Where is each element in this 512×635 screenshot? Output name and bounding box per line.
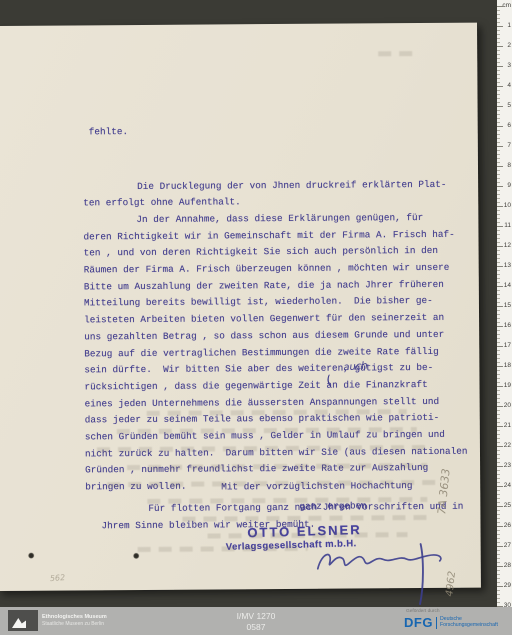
ruler-number: 2 [507,42,511,49]
ruler-number: 10 [504,202,511,209]
letter-opening-fragment: fehlte. [83,122,472,141]
ruler-number: 25 [504,502,511,509]
scale-ruler: cm12345678910111213141516171819202122232… [497,0,512,607]
ruler-number: 5 [507,102,511,109]
punch-hole [28,552,35,559]
typed-line: uns gezahlten Betrag , so dass schon aus… [84,327,473,346]
ruler-number: 12 [504,242,511,249]
ruler-number: 17 [504,342,511,349]
ruler-number: 26 [504,522,511,529]
ruler-number: 9 [507,182,511,189]
ruler-number: 28 [504,562,511,569]
handwritten-signature [312,528,453,609]
ruler-number: 11 [504,222,511,229]
ruler-number: 14 [504,282,511,289]
ruler-number: 3 [507,62,511,69]
dfg-logo: DFG [404,615,433,630]
ruler-unit-label: cm [502,2,511,9]
paragraph: Jn der Annahme, dass diese Erklärungen g… [83,210,474,497]
ruler-number: 4 [507,82,511,89]
ruler-number: 22 [504,442,511,449]
dfg-full-name: Deutsche Forschungsgemeinschaft [440,617,498,629]
paragraph: Die Drucklegung der von Jhnen druckreif … [83,176,472,212]
ruler-number: 13 [504,262,511,269]
ruler-number: 24 [504,482,511,489]
ruler-number: 27 [504,542,511,549]
ruler-number: 8 [507,162,511,169]
ruler-number: 16 [504,322,511,329]
ruler-number: 18 [504,362,511,369]
typed-line: Die Drucklegung der von Jhnen druckreif … [83,176,472,195]
ruler-number: 20 [504,402,511,409]
ruler-number: 23 [504,462,511,469]
archive-footer-bar: Ethnologisches Museum Staatliche Museen … [0,607,512,635]
ruler-number: 21 [504,422,511,429]
ruler-number: 15 [504,302,511,309]
ruler-number: 6 [507,122,511,129]
ruler-number: 19 [504,382,511,389]
ruler-number: 7 [507,142,511,149]
ruler-number: 29 [504,582,511,589]
scanned-letter-view: fehlte. Die Drucklegung der von Jhnen dr… [0,0,512,635]
letter-page: fehlte. Die Drucklegung der von Jhnen dr… [0,23,481,591]
dfg-divider [436,617,437,629]
funding-note: Gefördert durch [406,609,508,614]
ink-bleed [378,51,420,56]
pencil-note-small: 562 [50,573,66,583]
dfg-logo-block: Gefördert durch DFG Deutsche Forschungsg… [404,609,508,630]
ruler-number: 1 [507,22,511,29]
handwritten-insertion-auch: auch [343,361,368,374]
punch-hole [133,552,140,559]
